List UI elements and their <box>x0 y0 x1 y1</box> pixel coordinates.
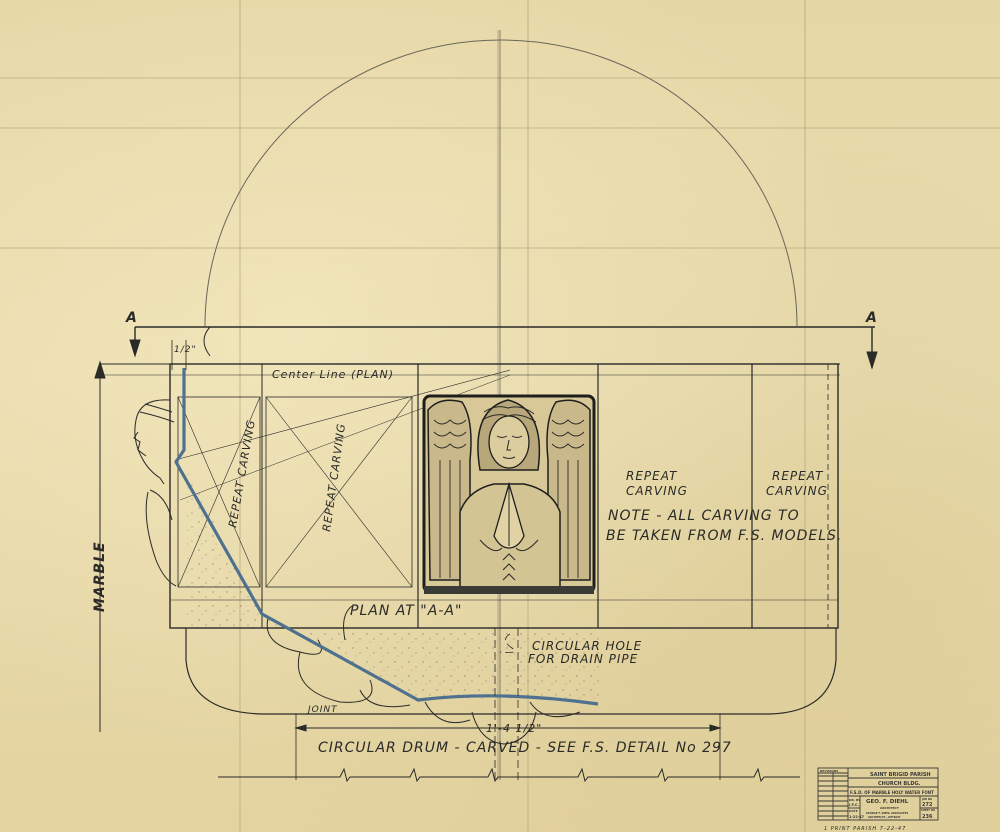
tb-footnote: 1 PRINT PARISH 7-22-47 <box>824 826 906 832</box>
tb-date-label: DATE <box>849 809 858 813</box>
tb-sheet-no: 236 <box>922 814 933 820</box>
note-line-1: NOTE - ALL CARVING TO <box>608 508 800 524</box>
repeat-carving-label-4-line2: CARVING <box>766 484 828 498</box>
plan-at-label: PLAN AT "A-A" <box>350 603 462 619</box>
repeat-carving-label-3-line1: REPEAT <box>626 469 678 483</box>
repeat-carving-label-2: REPEAT CARVING <box>320 422 348 532</box>
tb-date: 1-22-47 <box>849 815 865 819</box>
drum-width-label: 1'-4 1/2" <box>486 722 542 735</box>
tb-drawn-by-label: DR. BY <box>849 798 861 802</box>
repeat-carving-label-1: REPEAT CARVING <box>226 418 258 528</box>
drawing-sheet: A A 1/2" Center Line (PLAN) REPEAT CARVI… <box>0 0 1000 832</box>
section-marker-right: A <box>865 310 878 326</box>
section-line-a-a <box>130 327 877 368</box>
circular-drum-label: CIRCULAR DRUM - CARVED - SEE F.S. DETAIL… <box>318 740 732 756</box>
architectural-drawing: A A 1/2" Center Line (PLAN) REPEAT CARVI… <box>0 0 1000 832</box>
tb-revisions: REVISIONS <box>820 769 838 773</box>
tb-architect: GEO. F. DIEHL <box>866 799 909 805</box>
praying-angel-relief <box>424 396 594 594</box>
repeat-carving-label-3-line2: CARVING <box>626 484 688 498</box>
dimension-half-inch: 1/2" <box>172 340 197 370</box>
tb-architect-sub1: GEORGE F. DIEHL ASSOCIATES <box>866 811 908 815</box>
repeat-carving-label-4-line1: REPEAT <box>772 469 824 483</box>
tb-architect-sub2: ARCHITECTS - DETROIT <box>868 815 901 819</box>
note-line-2: BE TAKEN FROM F.S. MODELS. <box>606 528 842 544</box>
circular-hole-label-2: FOR DRAIN PIPE <box>528 652 638 666</box>
circular-hole-label-1: CIRCULAR HOLE <box>532 639 642 653</box>
tb-project: SAINT BRIGID PARISH <box>870 772 931 778</box>
tb-architect-role: ARCHITECT <box>880 806 900 810</box>
break-line <box>218 769 800 781</box>
material-label: MARBLE <box>92 541 108 612</box>
tb-job-no: 272 <box>922 802 933 808</box>
joint-label: JOINT <box>306 705 338 715</box>
center-line-label: Center Line (PLAN) <box>272 368 394 381</box>
section-marker-left: A <box>125 310 138 326</box>
svg-text:1/2": 1/2" <box>174 345 197 355</box>
tb-drawn-by: J.F.C. <box>848 803 859 807</box>
tb-sheet-label: SHEET NO <box>921 808 935 812</box>
tb-building: CHURCH BLDG. <box>878 781 921 787</box>
tb-job-label: JOB NO <box>921 797 932 801</box>
tb-sheet-title: F.S.D. OF MARBLE HOLY WATER FONT <box>850 790 934 795</box>
